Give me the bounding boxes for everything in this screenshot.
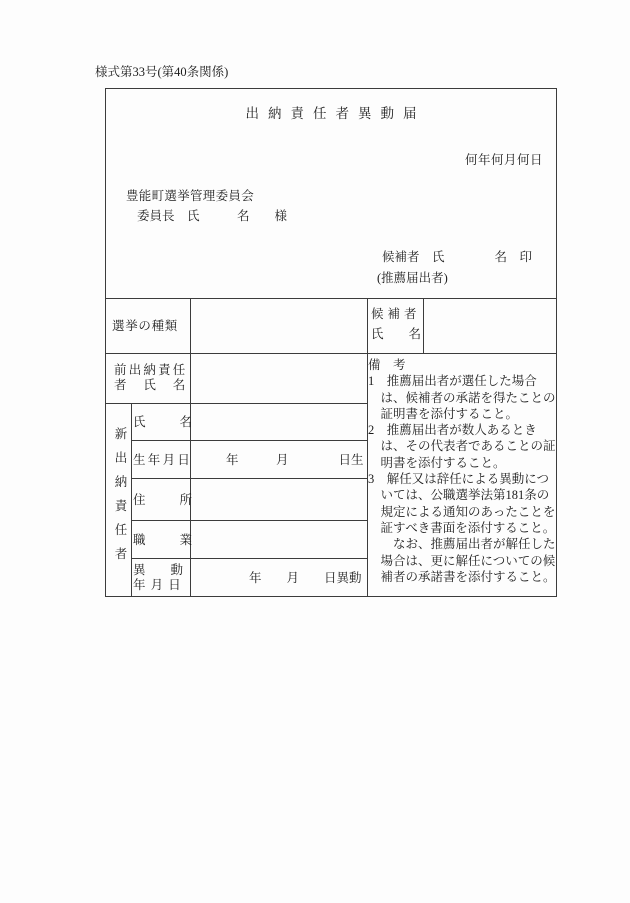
form-page: 様式第33号(第40条関係) 出納責任者異動届 何年何月何日 豊能町選挙管理委員… (0, 0, 630, 903)
table-grid-line-vertical-label-divider (131, 403, 132, 597)
remarks-line: 3 解任又は辞任による異動につ (368, 471, 556, 487)
change-date-label-line1: 異 動 (133, 563, 183, 577)
remarks-block: 備 考 1 推薦届出者が選任した場合 は、候補者の承諾を得たことの 証明書を添付… (368, 357, 556, 585)
remarks-title: 備 考 (368, 357, 556, 373)
name-blank-cell (191, 404, 367, 440)
address-label: 住 所 (133, 493, 195, 507)
birth-date-value: 年 月 日生 (226, 453, 364, 467)
candidate-name-label-line2: 氏 名 (371, 327, 421, 341)
table-grid-line-occupation-bottom (131, 558, 367, 559)
election-type-blank-cell (191, 299, 367, 353)
remarks-line: 場合は、更に解任についての候 (368, 553, 556, 569)
candidate-name-seal-line: 候補者 氏 名 印 (382, 250, 532, 264)
prev-manager-label-line2: 者 氏 名 (114, 378, 188, 392)
remarks-line: なお、推薦届出者が解任した (368, 536, 556, 552)
prev-manager-blank-cell (191, 354, 367, 403)
election-type-label: 選挙の種類 (112, 319, 178, 333)
remarks-line: 証すべき書面を添付すること。 (368, 520, 556, 536)
new-manager-vertical-label: 新出納責任者 (111, 427, 129, 571)
remarks-line: いては、公職選挙法第181条の (368, 487, 556, 503)
occupation-blank-cell (191, 521, 367, 558)
change-date-value: 年 月 日異動 (249, 571, 362, 585)
candidate-name-label-line1: 候補者 (371, 307, 421, 321)
remarks-line: は、候補者の承諾を得たことの (368, 390, 556, 406)
remarks-line: 2 推薦届出者が数人あるとき (368, 422, 556, 438)
remarks-line: 補者の承諾書を添付すること。 (368, 569, 556, 585)
remarks-line: 1 推薦届出者が選任した場合 (368, 373, 556, 389)
candidate-name-blank-cell (424, 299, 556, 353)
chairman-name-line: 委員長 氏 名 様 (137, 209, 287, 223)
form-number-label: 様式第33号(第40条関係) (95, 65, 228, 79)
table-grid-line-name-bottom (131, 440, 367, 441)
candidate-sub-line: (推薦届出者) (377, 271, 448, 285)
name-label: 氏 名 (133, 415, 195, 429)
address-blank-cell (191, 479, 367, 520)
occupation-label: 職 業 (133, 533, 195, 547)
prev-manager-label-line1: 前出納責任 (114, 363, 188, 377)
birth-date-label: 生年月日 (133, 453, 192, 467)
remarks-lines: 1 推薦届出者が選任した場合 は、候補者の承諾を得たことの 証明書を添付すること… (368, 373, 556, 585)
change-date-label-line2: 年 月 日 (133, 578, 182, 592)
remarks-line: 規定による通知のあったことを (368, 504, 556, 520)
remarks-line: 証明書を添付すること。 (368, 406, 556, 422)
remarks-line: は、その代表者であることの証 (368, 438, 556, 454)
date-line: 何年何月何日 (105, 153, 543, 167)
form-title: 出納責任者異動届 (105, 107, 557, 121)
committee-name: 豊能町選挙管理委員会 (126, 189, 254, 203)
remarks-line: 明書を添付すること。 (368, 455, 556, 471)
